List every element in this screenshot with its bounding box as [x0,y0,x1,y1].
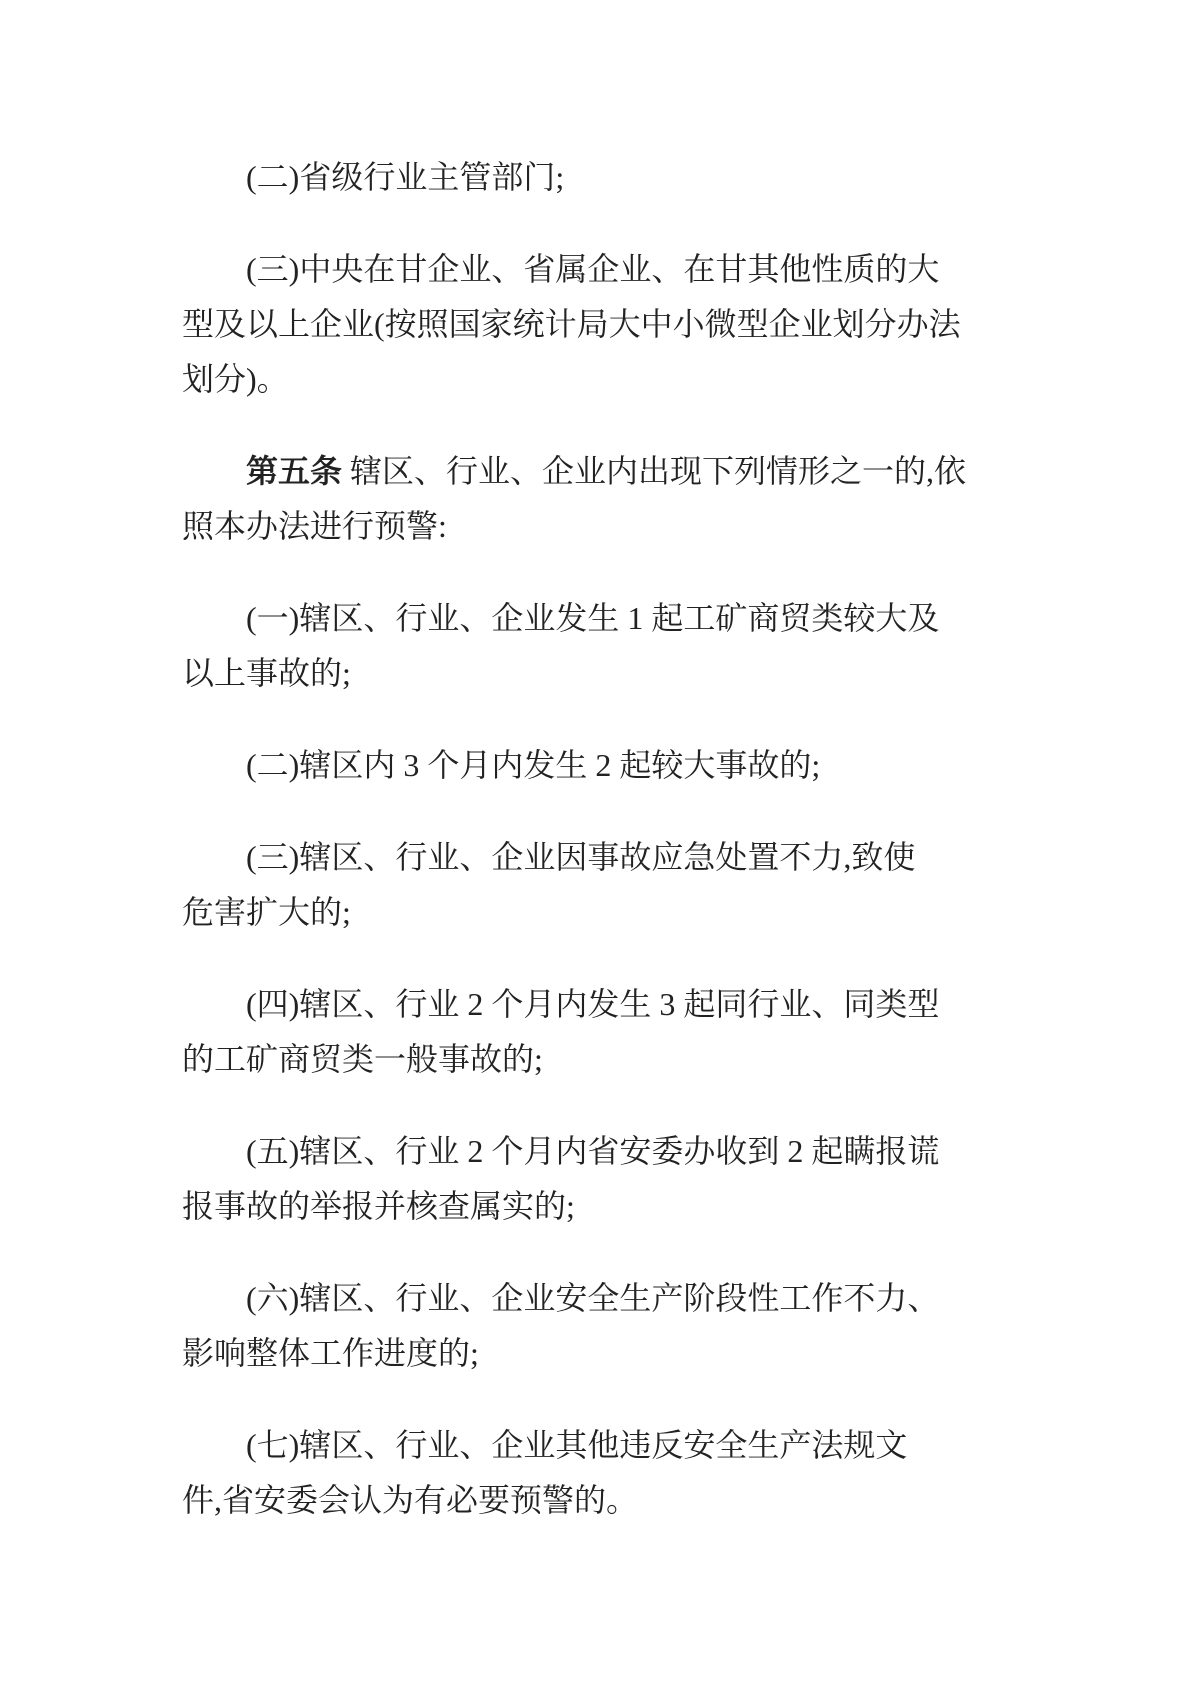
text-segment: (二)省级行业主管部门; [246,159,564,195]
text-segment: 危害扩大的; [182,894,351,930]
paragraph: (二)辖区内 3 个月内发生 2 起较大事故的; [182,738,1042,793]
text-segment: (一)辖区、行业、企业发生 1 起工矿商贸类较大及 [246,600,939,636]
text-segment: (三)中央在甘企业、省属企业、在甘其他性质的大 [246,251,939,287]
paragraph: (二)省级行业主管部门; [182,150,1042,205]
text-segment: (六)辖区、行业、企业安全生产阶段性工作不力、 [246,1280,939,1316]
text-line: 的工矿商贸类一般事故的; [182,1032,1042,1087]
text-segment: (四)辖区、行业 2 个月内发生 3 起同行业、同类型 [246,986,939,1022]
text-segment: (五)辖区、行业 2 个月内省安委办收到 2 起瞒报谎 [246,1133,939,1169]
paragraph: (一)辖区、行业、企业发生 1 起工矿商贸类较大及以上事故的; [182,591,1042,701]
text-line: 以上事故的; [182,646,1042,701]
text-line: 危害扩大的; [182,885,1042,940]
text-segment: 影响整体工作进度的; [182,1335,479,1371]
document-page: (二)省级行业主管部门;(三)中央在甘企业、省属企业、在甘其他性质的大型及以上企… [0,0,1190,1683]
paragraph: (五)辖区、行业 2 个月内省安委办收到 2 起瞒报谎报事故的举报并核查属实的; [182,1124,1042,1234]
document-body: (二)省级行业主管部门;(三)中央在甘企业、省属企业、在甘其他性质的大型及以上企… [182,150,1042,1528]
text-segment: 型及以上企业(按照国家统计局大中小微型企业划分办法 [182,306,961,342]
paragraph: (七)辖区、行业、企业其他违反安全生产法规文件,省安委会认为有必要预警的。 [182,1418,1042,1528]
text-segment: (三)辖区、行业、企业因事故应急处置不力,致使 [246,839,915,875]
text-line: (四)辖区、行业 2 个月内发生 3 起同行业、同类型 [182,977,1042,1032]
text-segment: 件,省安委会认为有必要预警的。 [182,1482,638,1518]
text-line: 型及以上企业(按照国家统计局大中小微型企业划分办法 [182,297,1042,352]
text-segment: 的工矿商贸类一般事故的; [182,1041,543,1077]
text-segment: (七)辖区、行业、企业其他违反安全生产法规文 [246,1427,907,1463]
text-line: (六)辖区、行业、企业安全生产阶段性工作不力、 [182,1271,1042,1326]
paragraph: (三)中央在甘企业、省属企业、在甘其他性质的大型及以上企业(按照国家统计局大中小… [182,242,1042,407]
text-line: (五)辖区、行业 2 个月内省安委办收到 2 起瞒报谎 [182,1124,1042,1179]
text-line: 报事故的举报并核查属实的; [182,1179,1042,1234]
text-line: 影响整体工作进度的; [182,1326,1042,1381]
text-line: 第五条 辖区、行业、企业内出现下列情形之一的,依 [182,444,1042,499]
paragraph: (三)辖区、行业、企业因事故应急处置不力,致使危害扩大的; [182,830,1042,940]
text-line: 划分)。 [182,352,1042,407]
text-line: (一)辖区、行业、企业发生 1 起工矿商贸类较大及 [182,591,1042,646]
text-line: (二)省级行业主管部门; [182,150,1042,205]
text-segment: 辖区、行业、企业内出现下列情形之一的,依 [342,453,966,489]
paragraph: (六)辖区、行业、企业安全生产阶段性工作不力、影响整体工作进度的; [182,1271,1042,1381]
text-segment: 划分)。 [182,361,289,397]
text-line: 照本办法进行预警: [182,499,1042,554]
text-line: (七)辖区、行业、企业其他违反安全生产法规文 [182,1418,1042,1473]
text-line: (三)辖区、行业、企业因事故应急处置不力,致使 [182,830,1042,885]
text-line: (二)辖区内 3 个月内发生 2 起较大事故的; [182,738,1042,793]
text-segment: 报事故的举报并核查属实的; [182,1188,575,1224]
article-number: 第五条 [246,453,342,489]
text-line: 件,省安委会认为有必要预警的。 [182,1473,1042,1528]
text-segment: 照本办法进行预警: [182,508,447,544]
paragraph: (四)辖区、行业 2 个月内发生 3 起同行业、同类型的工矿商贸类一般事故的; [182,977,1042,1087]
text-segment: (二)辖区内 3 个月内发生 2 起较大事故的; [246,747,820,783]
text-line: (三)中央在甘企业、省属企业、在甘其他性质的大 [182,242,1042,297]
text-segment: 以上事故的; [182,655,351,691]
paragraph: 第五条 辖区、行业、企业内出现下列情形之一的,依照本办法进行预警: [182,444,1042,554]
